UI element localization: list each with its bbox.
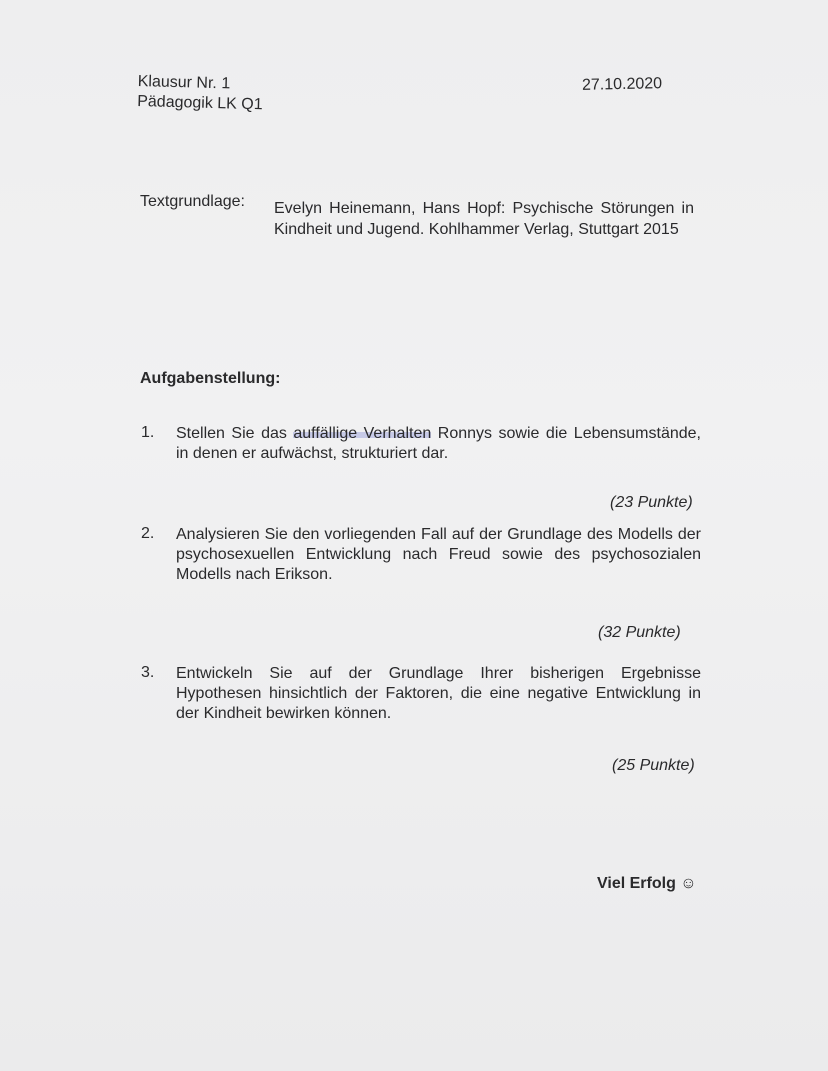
exam-sheet: Klausur Nr. 1 Pädagogik LK Q1 27.10.2020… — [0, 0, 828, 1071]
source-label: Textgrundlage: — [140, 193, 245, 211]
source-citation: Evelyn Heinemann, Hans Hopf: Psychische … — [274, 198, 694, 240]
course-name: Pädagogik LK Q1 — [137, 92, 263, 115]
exam-date: 27.10.2020 — [582, 75, 662, 95]
task-1-points: (23 Punkte) — [610, 494, 693, 512]
task-3-text: Entwickeln Sie auf der Grundlage Ihrer b… — [176, 664, 701, 724]
highlighted-phrase: auffällige Verhalten — [293, 425, 431, 442]
exam-header: Klausur Nr. 1 Pädagogik LK Q1 — [137, 72, 263, 115]
task-1-text: Stellen Sie das auffällige Verhalten Ron… — [176, 424, 701, 464]
closing-message: Viel Erfolg ☺ — [597, 875, 697, 893]
task-2-points: (32 Punkte) — [598, 624, 681, 642]
task-3-points: (25 Punkte) — [612, 757, 695, 775]
task-2-number: 2. — [141, 525, 154, 543]
task-2-text: Analysieren Sie den vorliegenden Fall au… — [176, 525, 701, 585]
task-3-number: 3. — [141, 664, 154, 682]
tasks-heading: Aufgabenstellung: — [140, 370, 280, 388]
task-1-number: 1. — [141, 424, 154, 442]
